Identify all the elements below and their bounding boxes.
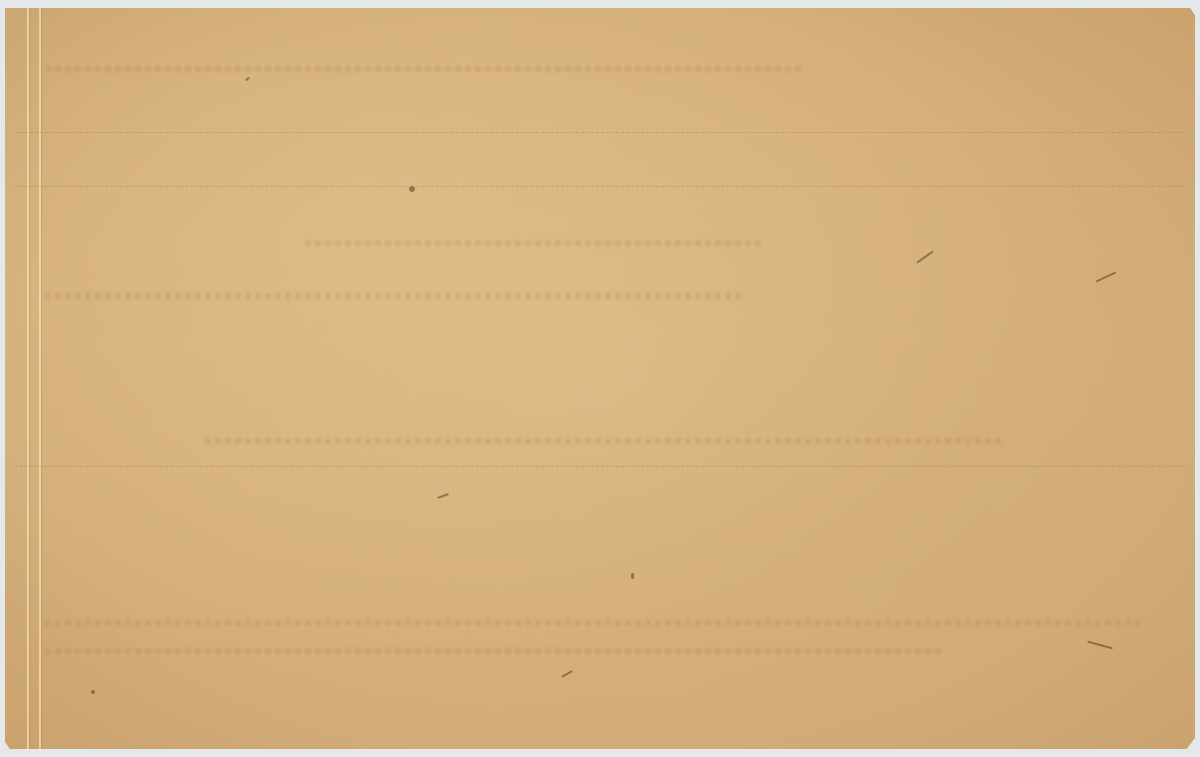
fiber-speck xyxy=(91,690,95,694)
fiber-speck xyxy=(631,573,634,579)
bleed-through-text xyxy=(45,620,1145,626)
left-fold-crease xyxy=(27,8,29,749)
ruled-line xyxy=(15,186,1185,187)
fiber-speck xyxy=(1087,641,1113,650)
fiber-speck xyxy=(561,670,572,678)
bleed-through-text xyxy=(45,66,805,72)
fiber-speck xyxy=(437,493,449,499)
bleed-through-text xyxy=(45,648,945,654)
paper-sheet xyxy=(5,8,1195,749)
bleed-through-text xyxy=(205,438,1005,444)
fiber-speck xyxy=(245,77,250,82)
ruled-line xyxy=(15,466,1185,467)
fiber-speck xyxy=(916,250,934,263)
fiber-speck xyxy=(1096,271,1117,282)
ruled-line xyxy=(15,132,1185,133)
bleed-through-text xyxy=(305,240,765,246)
fiber-speck xyxy=(409,186,415,192)
left-fold-crease-inner xyxy=(39,8,41,749)
bleed-through-text xyxy=(45,293,745,299)
